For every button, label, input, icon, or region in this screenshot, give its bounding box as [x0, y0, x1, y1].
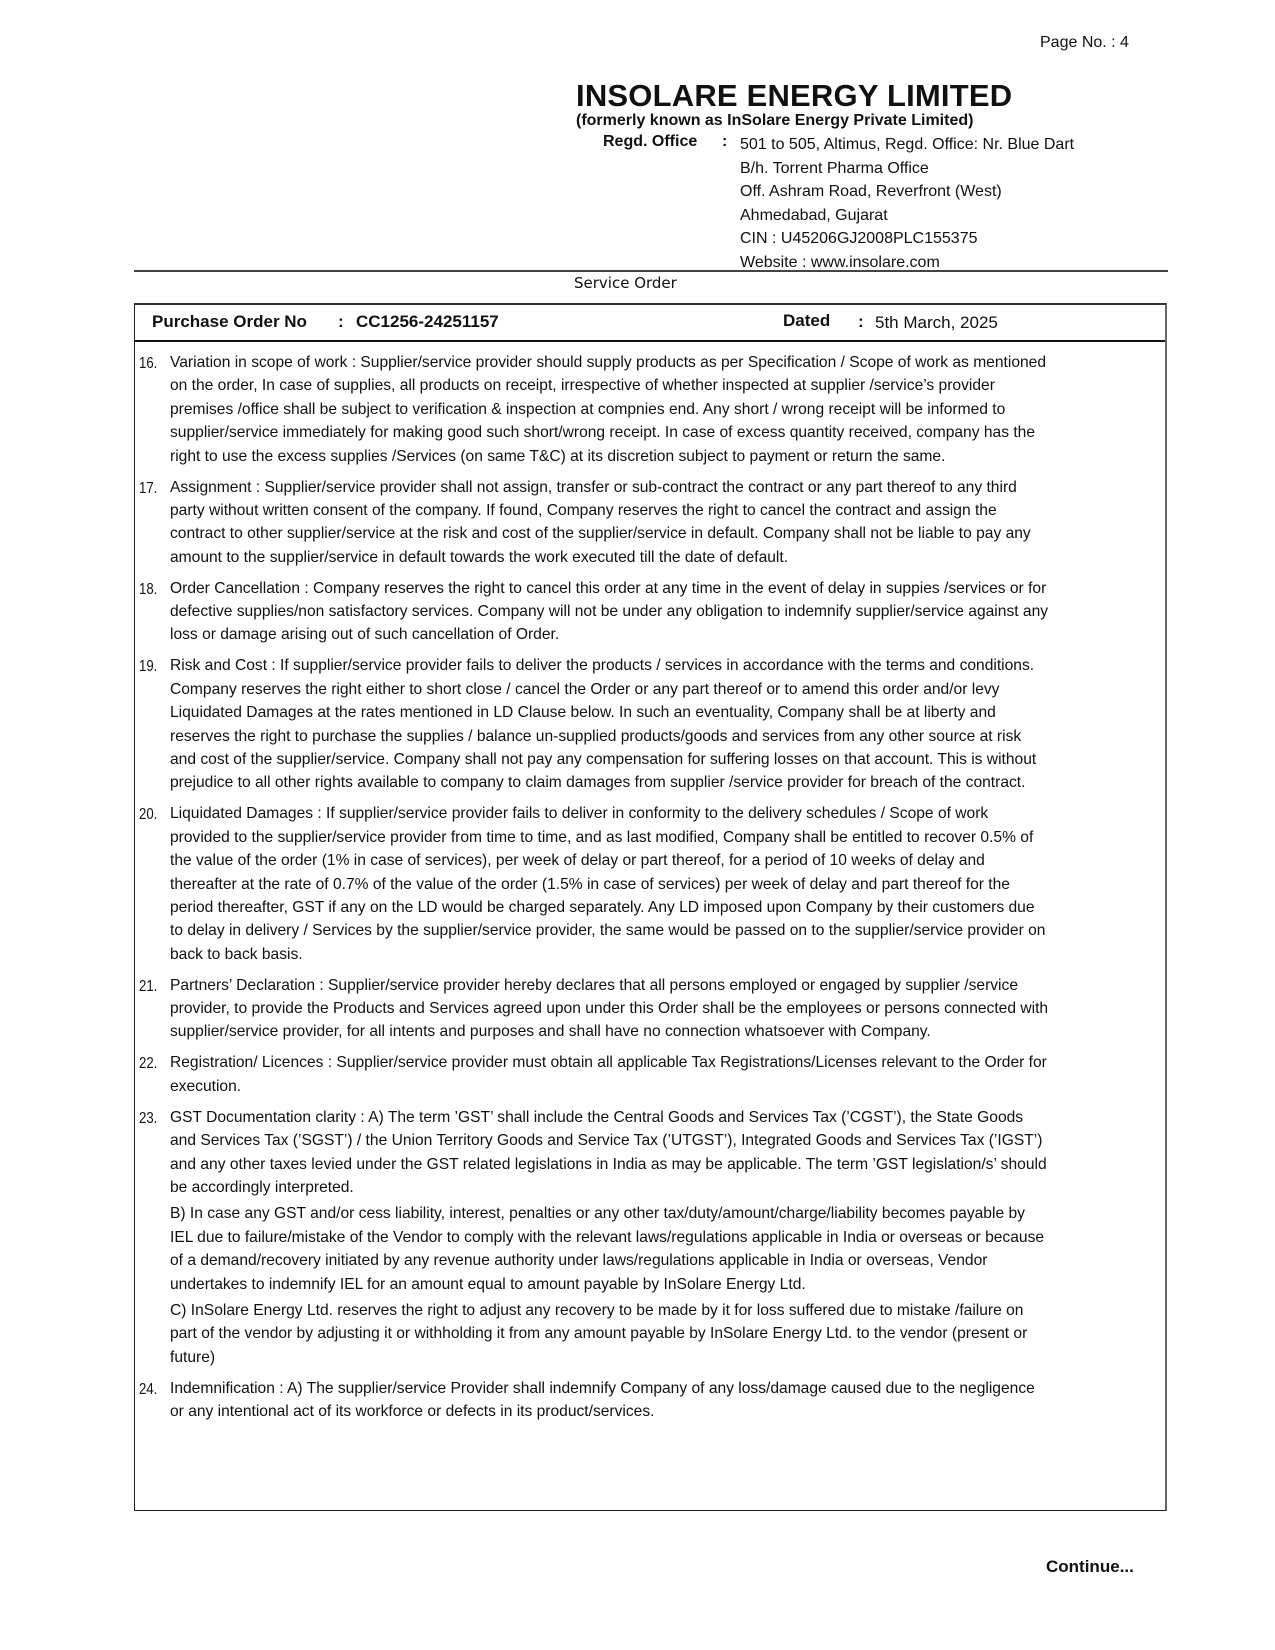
order-header-row: Purchase Order No : CC1256-24251157 Date…	[135, 305, 1165, 342]
clause-17: 17. Assignment : Supplier/service provid…	[135, 476, 1165, 570]
clause-text: GST Documentation clarity : A) The term …	[170, 1106, 1050, 1200]
clause-number: 18.	[139, 578, 157, 601]
clause-16: 16. Variation in scope of work : Supplie…	[135, 351, 1165, 468]
clause-text: Partners’ Declaration : Supplier/service…	[170, 974, 1050, 1044]
address-line: B/h. Torrent Pharma Office	[740, 157, 1074, 181]
clause-text: Assignment : Supplier/service provider s…	[170, 476, 1050, 570]
clause-text: Variation in scope of work : Supplier/se…	[170, 351, 1050, 468]
po-number-value: CC1256-24251157	[356, 312, 499, 332]
company-name: INSOLARE ENERGY LIMITED	[576, 78, 1012, 114]
po-number-colon: :	[338, 312, 344, 332]
clause-19: 19. Risk and Cost : If supplier/service …	[135, 654, 1165, 794]
dated-colon: :	[858, 312, 864, 332]
clause-number: 24.	[139, 1378, 157, 1401]
page-number: Page No. : 4	[1040, 34, 1129, 52]
clause-number: 22.	[139, 1052, 157, 1075]
clause-number: 17.	[139, 477, 157, 500]
cin-line: CIN : U45206GJ2008PLC155375	[740, 227, 1074, 251]
address-line: Ahmedabad, Gujarat	[740, 204, 1074, 228]
po-number-label: Purchase Order No	[152, 312, 307, 332]
dated-value: 5th March, 2025	[875, 313, 998, 333]
clause-text: Registration/ Licences : Supplier/servic…	[170, 1051, 1050, 1098]
clause-number: 20.	[139, 803, 157, 826]
clause-subsection-b: B) In case any GST and/or cess liability…	[170, 1202, 1050, 1296]
header-divider	[134, 270, 1168, 272]
clause-20: 20. Liquidated Damages : If supplier/ser…	[135, 802, 1165, 966]
clause-list: 16. Variation in scope of work : Supplie…	[135, 351, 1165, 1431]
address-line: Off. Ashram Road, Reverfront (West)	[740, 180, 1074, 204]
regd-office-address: 501 to 505, Altimus, Regd. Office: Nr. B…	[740, 133, 1074, 274]
clause-number: 19.	[139, 655, 157, 678]
clause-18: 18. Order Cancellation : Company reserve…	[135, 577, 1165, 647]
clause-number: 16.	[139, 352, 157, 375]
clause-text: Liquidated Damages : If supplier/service…	[170, 802, 1050, 966]
clause-22: 22. Registration/ Licences : Supplier/se…	[135, 1051, 1165, 1098]
clause-text: Risk and Cost : If supplier/service prov…	[170, 654, 1050, 794]
document-type: Service Order	[574, 274, 677, 292]
clause-number: 23.	[139, 1107, 157, 1130]
address-line: 501 to 505, Altimus, Regd. Office: Nr. B…	[740, 133, 1074, 157]
clause-subsection-c: C) InSolare Energy Ltd. reserves the rig…	[170, 1299, 1050, 1369]
regd-office-label: Regd. Office	[603, 133, 697, 151]
clause-21: 21. Partners’ Declaration : Supplier/ser…	[135, 974, 1165, 1044]
clause-text: Order Cancellation : Company reserves th…	[170, 577, 1050, 647]
company-former-name: (formerly known as InSolare Energy Priva…	[576, 112, 973, 130]
clause-24: 24. Indemnification : A) The supplier/se…	[135, 1377, 1165, 1424]
dated-label: Dated	[783, 311, 830, 331]
terms-box: Purchase Order No : CC1256-24251157 Date…	[134, 303, 1167, 1511]
clause-number: 21.	[139, 975, 157, 998]
regd-office-colon: :	[722, 133, 727, 151]
clause-text: Indemnification : A) The supplier/servic…	[170, 1377, 1050, 1424]
continue-label: Continue...	[1046, 1557, 1134, 1577]
clause-23: 23. GST Documentation clarity : A) The t…	[135, 1106, 1165, 1369]
